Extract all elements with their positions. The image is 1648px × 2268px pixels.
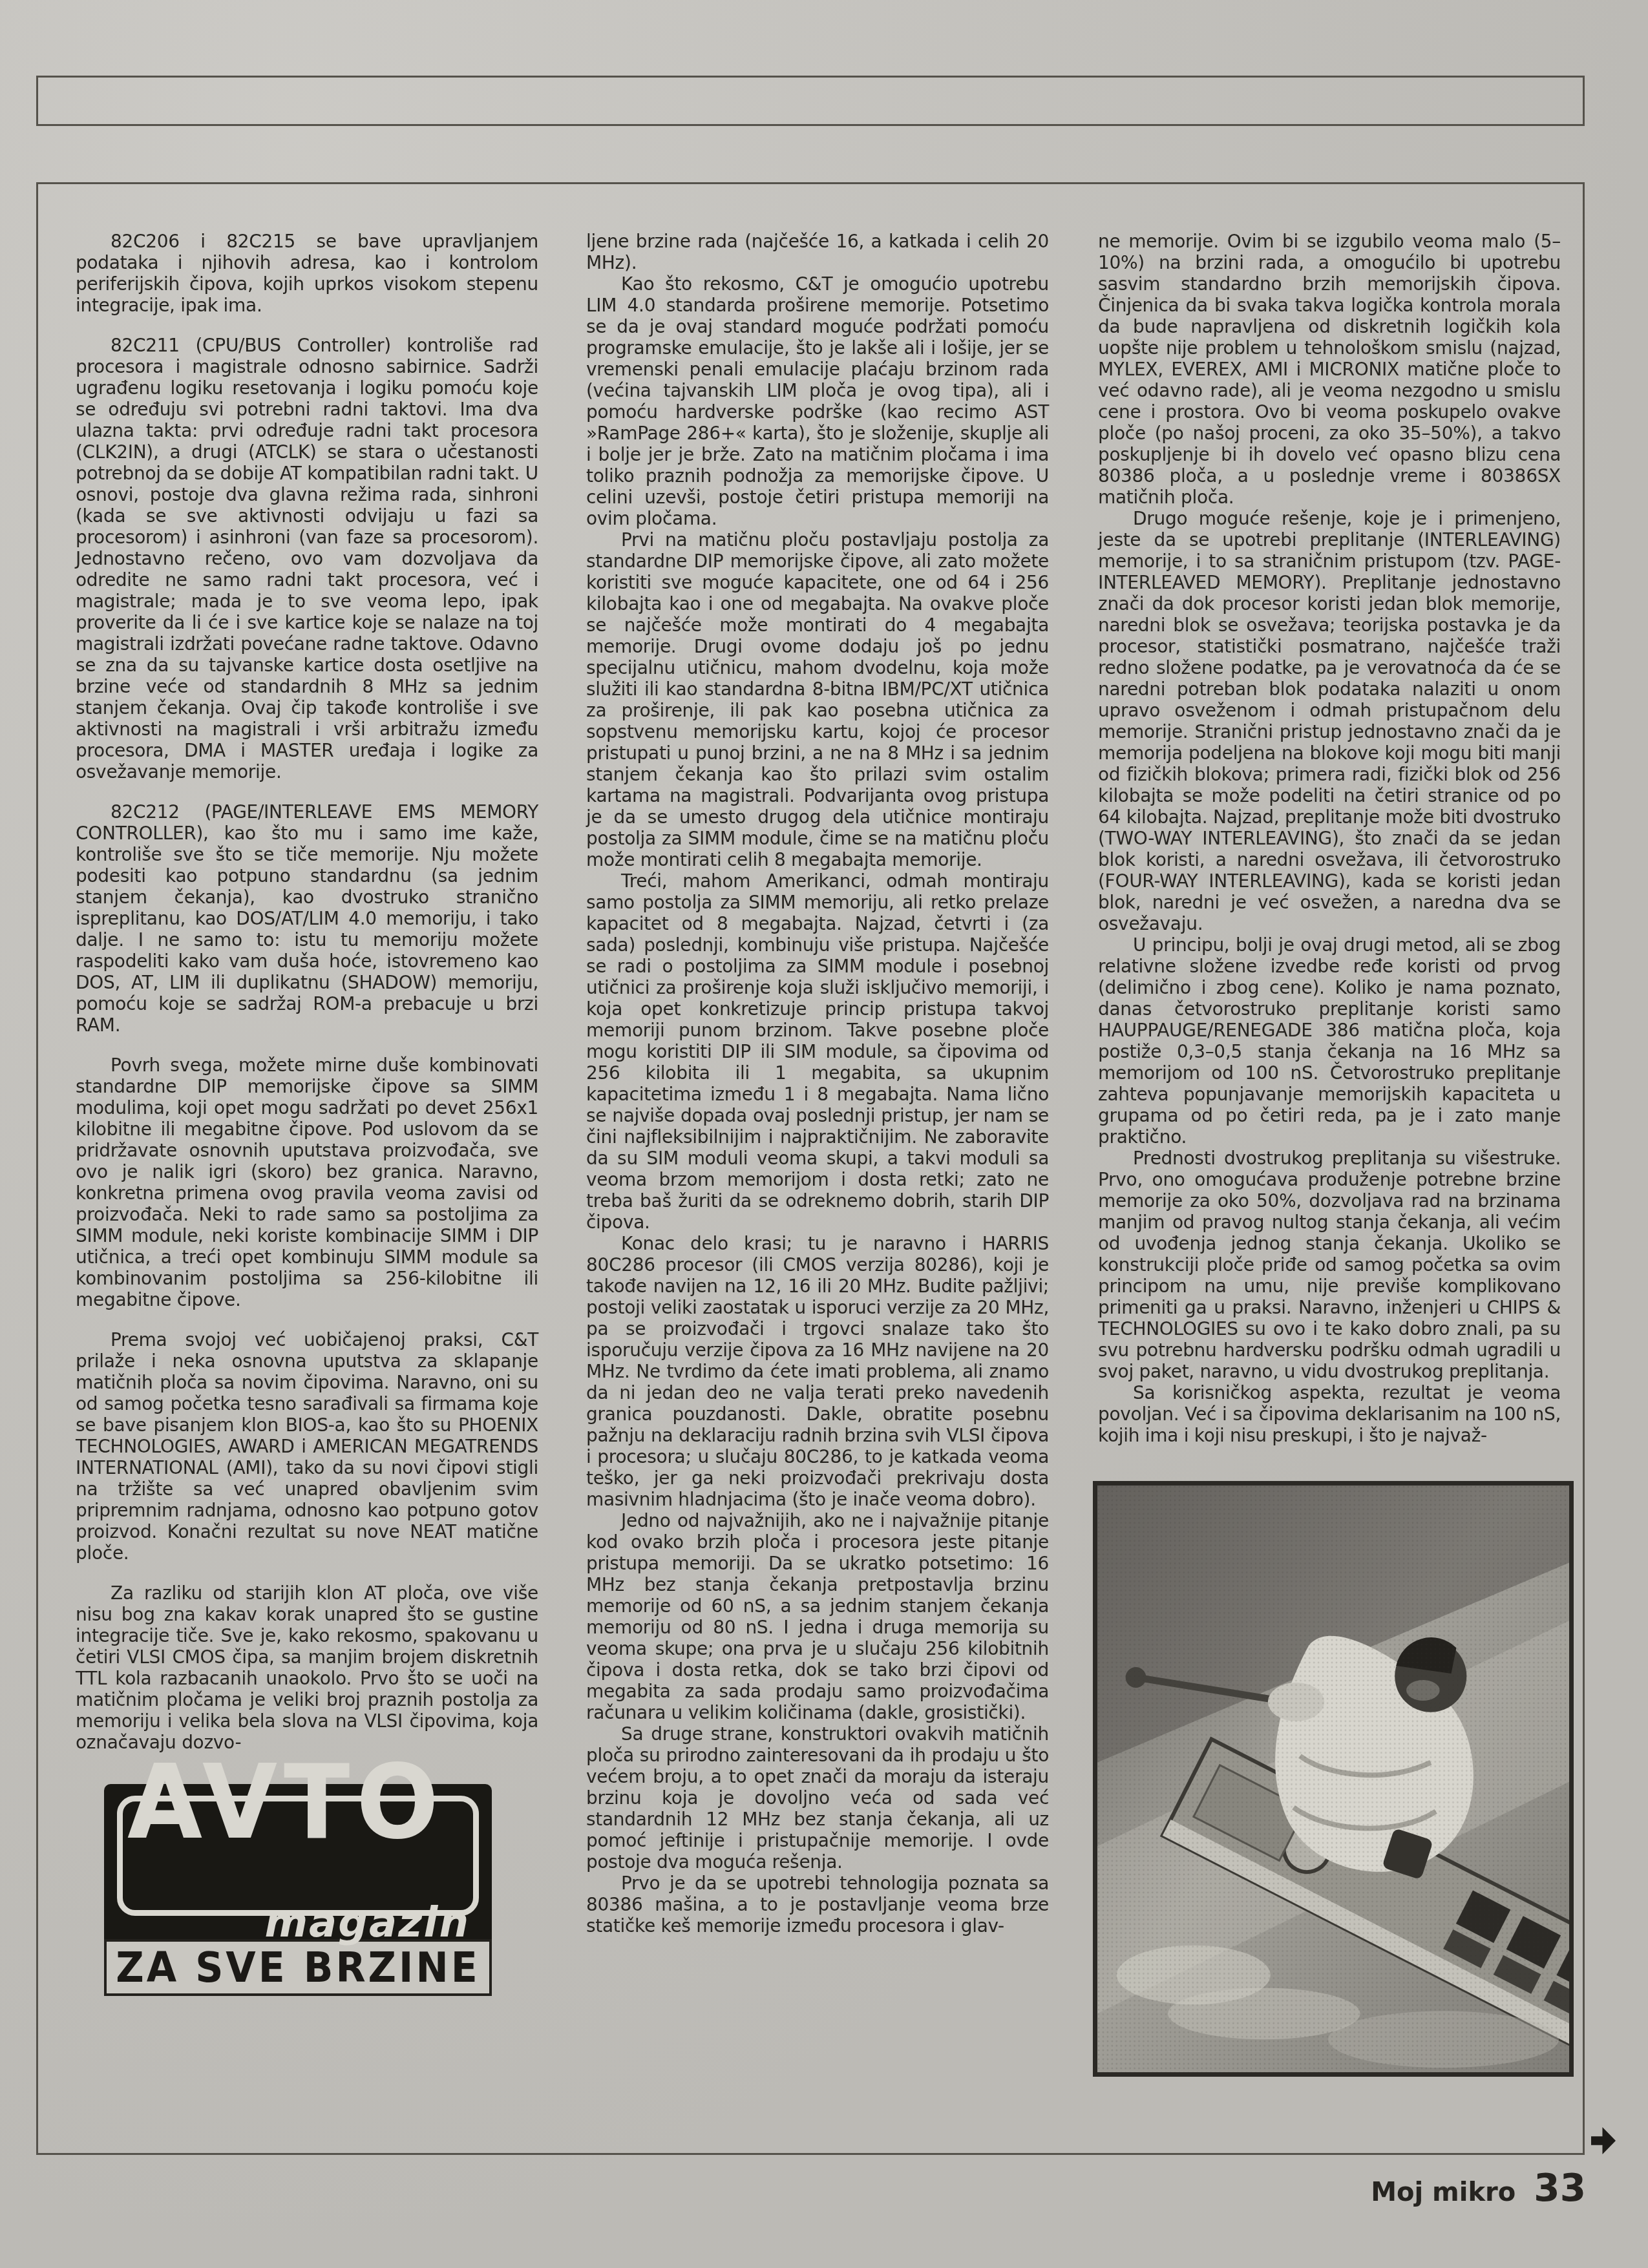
column-3-paragraphs: ne memorije. Ovim bi se izgubilo veoma m… [1098,231,1561,1446]
paragraph: Za razliku od starijih klon AT ploča, ov… [76,1582,538,1753]
avto-logo-tagline-band: ZA SVE BRZINE [104,1939,492,1996]
paragraph: 82C206 i 82C215 se bave upravljanjem pod… [76,231,538,316]
paragraph: Prednosti dvostrukog preplitanja su više… [1098,1148,1561,1382]
paragraph: Jedno od najvažnijih, ako ne i najvažnij… [586,1510,1049,1723]
paragraph: Konac delo krasi; tu je naravno i HARRIS… [586,1233,1049,1510]
article-column-2: ljene brzine rada (najčešće 16, a katkad… [586,231,1049,1937]
avto-logo-black-box: AVTO magazin [104,1784,492,1939]
avto-magazin-logo: AVTO magazin ZA SVE BRZINE [104,1784,492,1996]
skier-on-memory-module-photo [1093,1481,1574,2077]
paragraph: ne memorije. Ovim bi se izgubilo veoma m… [1098,231,1561,508]
skier-photo-illustration [1097,1486,1569,2072]
paragraph: Treći, mahom Amerikanci, odmah montiraju… [586,870,1049,1233]
header-rule-box [36,76,1585,126]
publication-name: Moj mikro [1371,2178,1516,2207]
avto-logo-brand: AVTO [127,1792,445,1814]
paragraph: Prvi na matičnu ploču postavljaju postol… [586,529,1049,870]
article-content-box: 82C206 i 82C215 se bave upravljanjem pod… [36,182,1585,2155]
paragraph: U principu, bolji je ovaj drugi metod, a… [1098,934,1561,1148]
article-column-3: ne memorije. Ovim bi se izgubilo veoma m… [1098,231,1561,2077]
article-continues-arrow-icon [1591,2127,1616,2154]
avto-logo-tagline: ZA SVE BRZINE [116,1956,480,1979]
avto-logo-magazin-label: magazin [264,1913,470,1934]
paragraph: Prvo je da se upotrebi tehnologija pozna… [586,1873,1049,1937]
page-footer: Moj mikro 33 [1371,2166,1586,2210]
paragraph: Sa druge strane, konstruktori ovakvih ma… [586,1723,1049,1873]
magazine-page: 82C206 i 82C215 se bave upravljanjem pod… [0,0,1648,2268]
paragraph: ljene brzine rada (najčešće 16, a katkad… [586,231,1049,273]
paragraph: Prema svojoj već uobičajenoj praksi, C&T… [76,1329,538,1564]
column-1-paragraphs: 82C206 i 82C215 se bave upravljanjem pod… [76,231,538,1753]
paragraph: 82C211 (CPU/BUS Controller) kontroliše r… [76,335,538,782]
paragraph: Kao što rekosmo, C&T je omogućio upotreb… [586,273,1049,529]
paragraph: Drugo moguće rešenje, koje je i primenje… [1098,508,1561,934]
paragraph: Sa korisničkog aspekta, rezultat je veom… [1098,1382,1561,1446]
paragraph: Povrh svega, možete mirne duše kombinova… [76,1055,538,1310]
page-number: 33 [1534,2166,1586,2210]
column-2-paragraphs: ljene brzine rada (najčešće 16, a katkad… [586,231,1049,1937]
paragraph: 82C212 (PAGE/INTERLEAVE EMS MEMORY CONTR… [76,801,538,1036]
article-column-1: 82C206 i 82C215 se bave upravljanjem pod… [76,231,538,1996]
